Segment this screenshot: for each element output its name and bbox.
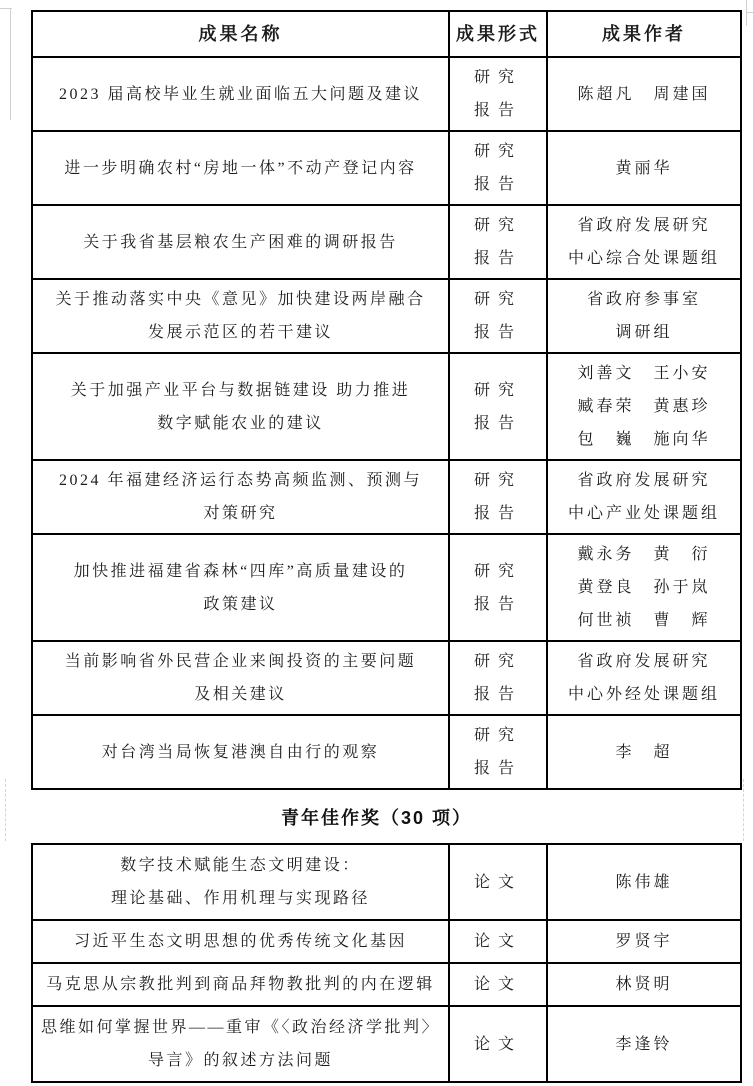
result-author: 戴永务 黄 衍 黄登良 孙于岚 何世祯 曹 辉 (547, 534, 741, 641)
table-row: 2024 年福建经济运行态势高频监测、预测与 对策研究 研究 报告 省政府发展研… (32, 460, 741, 534)
youth-award-table: 数字技术赋能生态文明建设： 理论基础、作用机理与实现路径 论文 陈伟雄 习近平生… (31, 843, 742, 1083)
result-form: 研究 报告 (449, 205, 547, 279)
table-row: 关于推动落实中央《意见》加快建设两岸融合 发展示范区的若干建议 研究 报告 省政… (32, 279, 741, 353)
result-form: 研究 报告 (449, 57, 547, 131)
table-row: 关于我省基层粮农生产困难的调研报告 研究 报告 省政府发展研究 中心综合处课题组 (32, 205, 741, 279)
result-name: 2023 届高校毕业生就业面临五大问题及建议 (32, 57, 449, 131)
table-row: 对台湾当局恢复港澳自由行的观察 研究 报告 李 超 (32, 715, 741, 789)
result-name: 当前影响省外民营企业来闽投资的主要问题 及相关建议 (32, 641, 449, 715)
result-name: 进一步明确农村“房地一体”不动产登记内容 (32, 131, 449, 205)
result-name: 2024 年福建经济运行态势高频监测、预测与 对策研究 (32, 460, 449, 534)
header-name: 成果名称 (32, 11, 449, 57)
result-form: 论文 (449, 844, 547, 920)
table-row: 加快推进福建省森林“四库”高质量建设的 政策建议 研究 报告 戴永务 黄 衍 黄… (32, 534, 741, 641)
margin-mark-top-right-v (746, 0, 747, 26)
result-author: 省政府发展研究 中心综合处课题组 (547, 205, 741, 279)
table-row: 关于加强产业平台与数据链建设 助力推进 数字赋能农业的建议 研究 报告 刘善文 … (32, 353, 741, 460)
result-form: 研究 报告 (449, 534, 547, 641)
result-author: 李 超 (547, 715, 741, 789)
result-name: 关于加强产业平台与数据链建设 助力推进 数字赋能农业的建议 (32, 353, 449, 460)
result-author: 罗贤宇 (547, 920, 741, 963)
margin-mark-gap-left (5, 779, 6, 841)
result-name: 数字技术赋能生态文明建设： 理论基础、作用机理与实现路径 (32, 844, 449, 920)
result-name: 对台湾当局恢复港澳自由行的观察 (32, 715, 449, 789)
result-form: 研究 报告 (449, 641, 547, 715)
result-author: 黄丽华 (547, 131, 741, 205)
result-form: 论文 (449, 1006, 547, 1082)
result-author: 省政府发展研究 中心外经处课题组 (547, 641, 741, 715)
result-author: 陈超凡 周建国 (547, 57, 741, 131)
table-row: 2023 届高校毕业生就业面临五大问题及建议 研究 报告 陈超凡 周建国 (32, 57, 741, 131)
table-header-row: 成果名称 成果形式 成果作者 (32, 11, 741, 57)
result-form: 研究 报告 (449, 460, 547, 534)
result-name: 思维如何掌握世界——重审《〈政治经济学批判〉 导言》的叙述方法问题 (32, 1006, 449, 1082)
result-author: 省政府发展研究 中心产业处课题组 (547, 460, 741, 534)
result-name: 关于我省基层粮农生产困难的调研报告 (32, 205, 449, 279)
result-author: 省政府参事室 调研组 (547, 279, 741, 353)
result-form: 研究 报告 (449, 353, 547, 460)
result-form: 论文 (449, 963, 547, 1006)
table-row: 进一步明确农村“房地一体”不动产登记内容 研究 报告 黄丽华 (32, 131, 741, 205)
result-name: 习近平生态文明思想的优秀传统文化基因 (32, 920, 449, 963)
result-name: 加快推进福建省森林“四库”高质量建设的 政策建议 (32, 534, 449, 641)
table-row: 思维如何掌握世界——重审《〈政治经济学批判〉 导言》的叙述方法问题 论文 李逢铃 (32, 1006, 741, 1082)
header-author: 成果作者 (547, 11, 741, 57)
table-row: 当前影响省外民营企业来闽投资的主要问题 及相关建议 研究 报告 省政府发展研究 … (32, 641, 741, 715)
header-form: 成果形式 (449, 11, 547, 57)
result-author: 刘善文 王小安 臧春荣 黄惠珍 包 巍 施向华 (547, 353, 741, 460)
table-row: 马克思从宗教批判到商品拜物教批判的内在逻辑 论文 林贤明 (32, 963, 741, 1006)
result-form: 研究 报告 (449, 715, 547, 789)
result-form: 研究 报告 (449, 131, 547, 205)
margin-mark-top-right-h (746, 12, 753, 13)
margin-mark-top-left-v (10, 8, 11, 120)
result-author: 陈伟雄 (547, 844, 741, 920)
result-form: 研究 报告 (449, 279, 547, 353)
result-author: 李逢铃 (547, 1006, 741, 1082)
section-title-youth-award: 青年佳作奖（30 项） (0, 790, 753, 843)
result-name: 关于推动落实中央《意见》加快建设两岸融合 发展示范区的若干建议 (32, 279, 449, 353)
table-row: 习近平生态文明思想的优秀传统文化基因 论文 罗贤宇 (32, 920, 741, 963)
table-row: 数字技术赋能生态文明建设： 理论基础、作用机理与实现路径 论文 陈伟雄 (32, 844, 741, 920)
result-name: 马克思从宗教批判到商品拜物教批判的内在逻辑 (32, 963, 449, 1006)
margin-mark-gap-right (743, 779, 744, 841)
document-page: 成果名称 成果形式 成果作者 2023 届高校毕业生就业面临五大问题及建议 研究… (0, 0, 753, 1086)
research-report-table: 成果名称 成果形式 成果作者 2023 届高校毕业生就业面临五大问题及建议 研究… (31, 10, 742, 790)
result-author: 林贤明 (547, 963, 741, 1006)
result-form: 论文 (449, 920, 547, 963)
